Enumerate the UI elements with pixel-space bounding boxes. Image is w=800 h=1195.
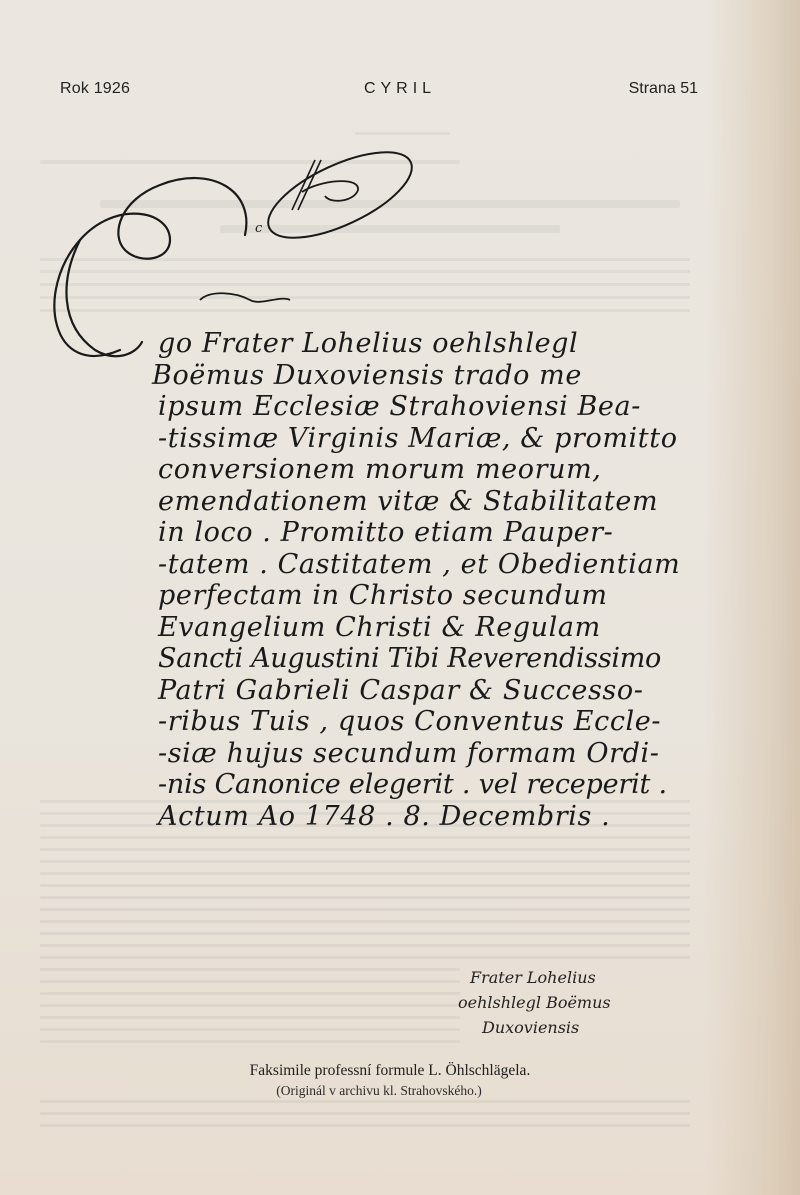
svg-text:c: c bbox=[255, 221, 263, 236]
handwriting-line: in loco . Promitto etiam Pauper- bbox=[158, 517, 778, 549]
handwriting-line: -tissimæ Virginis Mariæ, & promitto bbox=[158, 423, 778, 455]
signature: Frater Lohelius oehlshlegl Boëmus Duxovi… bbox=[470, 965, 700, 1040]
signature-line: Frater Lohelius bbox=[470, 965, 700, 990]
handwriting-line: Patri Gabrieli Caspar & Successo- bbox=[158, 675, 778, 707]
handwriting-line: -ribus Tuis , quos Conventus Eccle- bbox=[158, 706, 778, 738]
caption-title: Faksimile professní formule L. Öhlschläg… bbox=[0, 1062, 800, 1080]
handwriting-line: -tatem . Castitatem , et Obedientiam bbox=[158, 549, 778, 581]
figure-caption: Faksimile professní formule L. Öhlschläg… bbox=[0, 1062, 800, 1099]
scanned-page: Rok 1926 CYRIL Strana 51 c go Frater Loh… bbox=[0, 0, 800, 1195]
running-head-page-number: Strana 51 bbox=[629, 80, 698, 98]
handwriting-line: Sancti Augustini Tibi Reverendissimo bbox=[158, 643, 778, 675]
handwriting-line: go Frater Lohelius oehlshlegl bbox=[158, 328, 778, 360]
handwriting-line: conversionem morum meorum, bbox=[158, 454, 778, 486]
running-head: Rok 1926 CYRIL Strana 51 bbox=[0, 80, 800, 104]
handwriting-line: Boëmus Duxoviensis trado me bbox=[152, 360, 778, 392]
handwriting-line: Actum Ao 1748 . 8. Decembris . bbox=[158, 801, 778, 833]
handwriting-line: emendationem vitæ & Stabilitatem bbox=[158, 486, 778, 518]
handwriting-line: perfectam in Christo secundum bbox=[158, 580, 778, 612]
handwriting-line: -nis Canonice elegerit . vel receperit . bbox=[158, 769, 778, 801]
handwriting-line: -siæ hujus secundum formam Ordi- bbox=[158, 738, 778, 770]
handwriting-line: ipsum Ecclesiæ Strahoviensi Bea- bbox=[158, 391, 778, 423]
caption-source-note: (Originál v archivu kl. Strahovského.) bbox=[0, 1083, 800, 1099]
profession-formula-text: go Frater Lohelius oehlshlegl Boëmus Dux… bbox=[158, 328, 778, 832]
signature-line: Duxoviensis bbox=[482, 1015, 700, 1040]
signature-line: oehlshlegl Boëmus bbox=[458, 990, 700, 1015]
handwritten-facsimile: c go Frater Lohelius oehlshlegl Boëmus D… bbox=[40, 150, 740, 1050]
handwriting-line: Evangelium Christi & Regulam bbox=[158, 612, 778, 644]
